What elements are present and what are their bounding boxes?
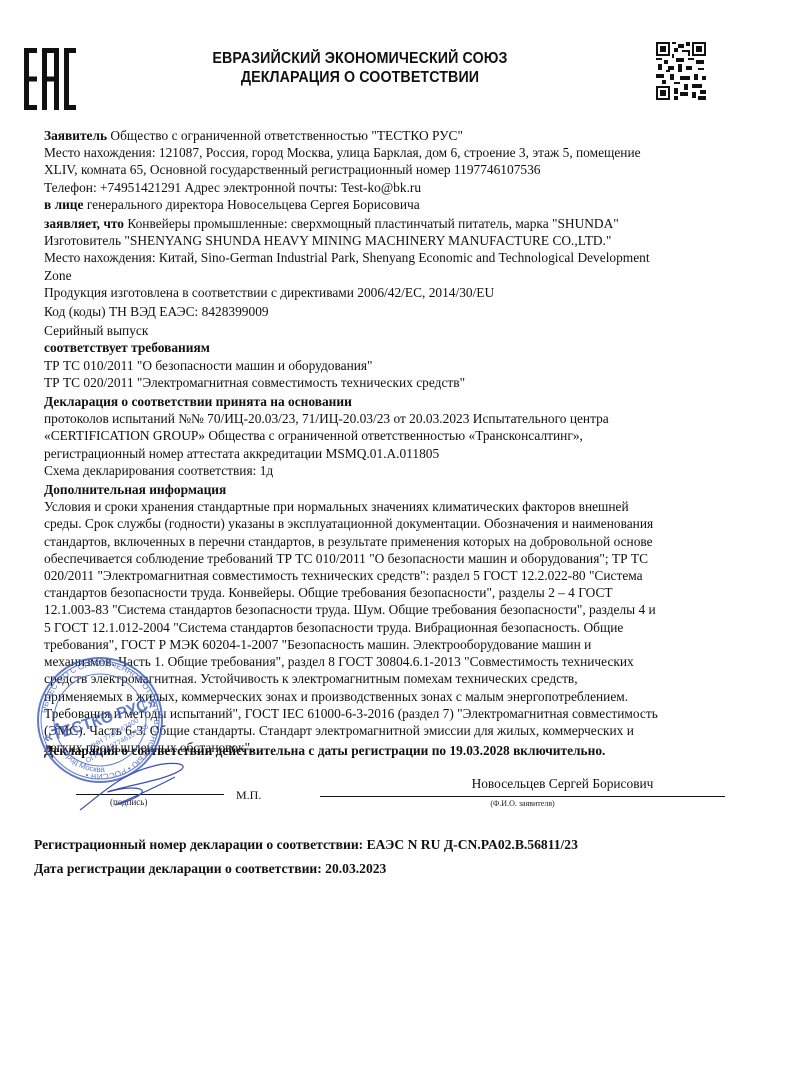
registration-date: Дата регистрации декларации о соответств…	[34, 857, 578, 881]
document-title: ЕВРАЗИЙСКИЙ ЭКОНОМИЧЕСКИЙ СОЮЗ ДЕКЛАРАЦИ…	[167, 49, 553, 87]
requirements-heading: соответствует требованиям	[44, 339, 744, 356]
manufacturer-address-2: Zone	[44, 267, 744, 284]
product-description: Конвейеры промышленные: сверхмощный плас…	[124, 216, 619, 231]
validity-statement: Декларация о соответствии действительна …	[44, 743, 605, 759]
basis-heading: Декларация о соответствии принята на осн…	[44, 393, 744, 410]
basis-line: регистрационный номер аттестата аккредит…	[44, 445, 744, 462]
registration-number: Регистрационный номер декларации о соотв…	[34, 833, 578, 857]
signer-name: Новосельцев Сергей Борисович	[400, 776, 725, 792]
product-line: заявляет, что Конвейеры промышленные: св…	[44, 215, 744, 232]
title-union: ЕВРАЗИЙСКИЙ ЭКОНОМИЧЕСКИЙ СОЮЗ	[167, 49, 553, 68]
additional-line: средств электромагнитная. Устойчивость к…	[44, 670, 744, 687]
additional-line: (ЭМС). Часть 6-3. Общие стандарты. Станд…	[44, 722, 744, 739]
additional-line: 020/2011 "Электромагнитная совместимость…	[44, 567, 744, 584]
additional-line: Требования и методы испытаний", ГОСТ IEC…	[44, 705, 744, 722]
additional-line: среды. Срок службы (годности) указаны в …	[44, 515, 744, 532]
applicant-address-2: XLIV, комната 65, Основной государственн…	[44, 161, 744, 178]
applicant-label: Заявитель	[44, 128, 107, 143]
production-type: Серийный выпуск	[44, 322, 744, 339]
declaration-scheme: Схема декларирования соответствия: 1д	[44, 462, 744, 479]
additional-line: Условия и сроки хранения стандартные при…	[44, 498, 744, 515]
manufacturer-address-1: Место нахождения: Китай, Sino-German Ind…	[44, 249, 744, 266]
additional-line: требования", ГОСТ Р МЭК 60204-1-2007 "Бе…	[44, 636, 744, 653]
title-declaration: ДЕКЛАРАЦИЯ О СООТВЕТСТВИИ	[167, 68, 553, 87]
basis-line: протоколов испытаний №№ 70/ИЦ-20.03/23, …	[44, 410, 744, 427]
additional-line: 12.1.003-83 "Система стандартов безопасн…	[44, 601, 744, 618]
represented-by: генерального директора Новосельцева Серг…	[83, 197, 419, 212]
requirement-item: ТР ТС 020/2011 "Электромагнитная совмест…	[44, 374, 744, 391]
seal-label: М.П.	[236, 788, 261, 803]
additional-line: 5 ГОСТ 12.1.012-2004 "Система стандартов…	[44, 619, 744, 636]
qr-code-icon[interactable]	[656, 42, 706, 100]
directives: Продукция изготовлена в соответствии с д…	[44, 284, 744, 301]
registration-block: Регистрационный номер декларации о соотв…	[34, 833, 578, 881]
requirement-item: ТР ТС 010/2011 "О безопасности машин и о…	[44, 357, 744, 374]
basis-line: «CERTIFICATION GROUP» Общества с огранич…	[44, 427, 744, 444]
signature-caption: (подпись)	[110, 797, 147, 807]
additional-line: применяемых в жилых, коммерческих зонах …	[44, 688, 744, 705]
applicant-contacts: Телефон: +74951421291 Адрес электронной …	[44, 179, 744, 196]
additional-line: механизмов. Часть 1. Общие требования", …	[44, 653, 744, 670]
additional-line: обеспечивается соблюдение требований ТР …	[44, 550, 744, 567]
declaration-body: Заявитель Общество с ограниченной ответс…	[44, 127, 744, 756]
applicant-address-1: Место нахождения: 121087, Россия, город …	[44, 144, 744, 161]
additional-heading: Дополнительная информация	[44, 481, 744, 498]
applicant-line: Заявитель Общество с ограниченной ответс…	[44, 127, 744, 144]
signature-line	[76, 794, 224, 795]
additional-line: стандартов безопасности труда. Конвейеры…	[44, 584, 744, 601]
hs-code: Код (коды) ТН ВЭД ЕАЭС: 8428399009	[44, 303, 744, 320]
signer-caption: (Ф.И.О. заявителя)	[320, 799, 725, 808]
additional-line: стандартов, включенных в перечни стандар…	[44, 533, 744, 550]
eac-logo-icon	[24, 48, 76, 110]
signer-name-line	[320, 796, 725, 797]
represented-line: в лице генерального директора Новосельце…	[44, 196, 744, 213]
represented-label: в лице	[44, 197, 83, 212]
applicant-name: Общество с ограниченной ответственностью…	[107, 128, 463, 143]
manufacturer: Изготовитель "SHENYANG SHUNDA HEAVY MINI…	[44, 232, 744, 249]
declares-label: заявляет, что	[44, 216, 124, 231]
